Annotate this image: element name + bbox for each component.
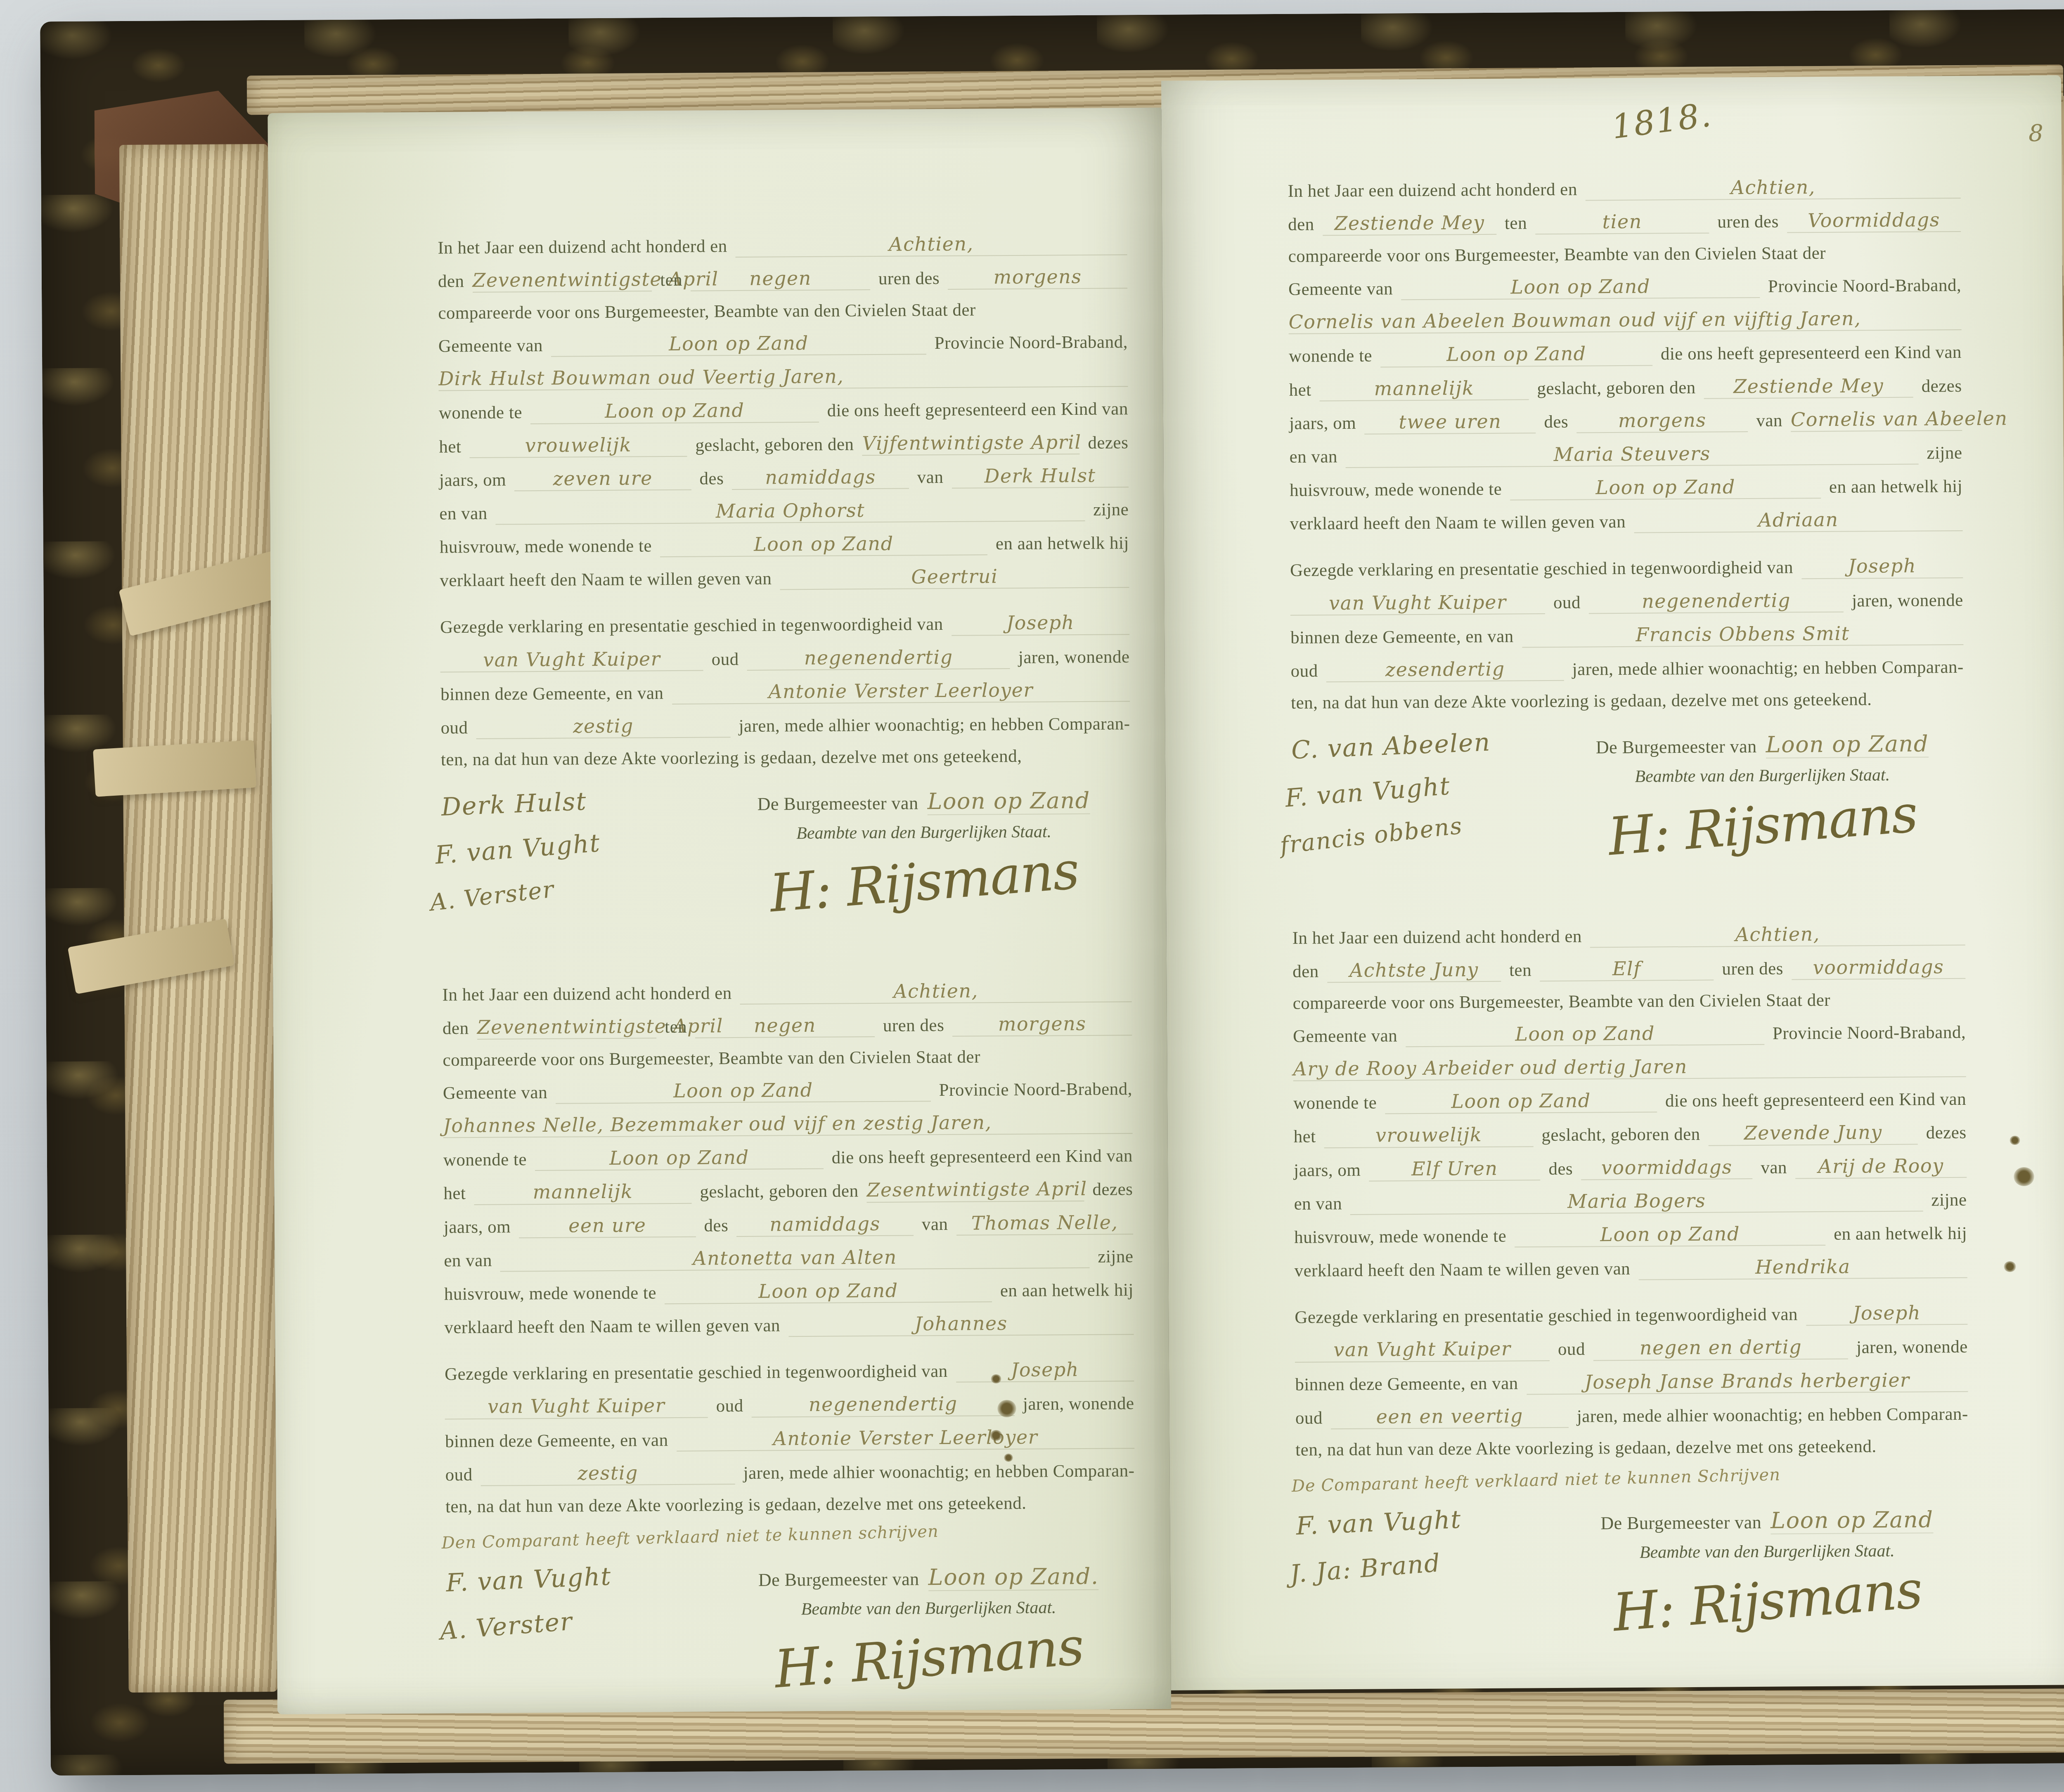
act-line: oudzestigjaren, mede alhier woonachtig; … [440, 712, 1130, 739]
printed-text: die ons heeft gepresenteerd een Kind van [827, 399, 1128, 422]
handwritten-text: voormiddags [1581, 1156, 1752, 1180]
ink-stain [990, 1430, 1002, 1441]
printed-text: verklaard heeft den Naam te willen geven… [1294, 1258, 1630, 1282]
registrar-line: Beambte van den Burgerlijken Staat. [1635, 765, 1890, 787]
handwritten-text: Geertrui [780, 565, 1129, 590]
handwritten-text: Thomas Nelle, [956, 1211, 1133, 1236]
printed-text: In het Jaar een duizend acht honderd en [442, 983, 732, 1006]
handwritten-text: Loon op Zand [1380, 342, 1652, 367]
printed-text: en aan hetwelk hij [1000, 1279, 1134, 1302]
handwritten-text: namiddags [736, 1212, 914, 1237]
right-page-acts: In het Jaar een duizend acht honderd enA… [1161, 75, 2064, 1676]
printed-text: uren des [1722, 958, 1783, 980]
handwritten-text: Zestiende Mey [1323, 211, 1497, 236]
handwritten-text: vrouwelijk [469, 433, 687, 458]
printed-text: ten, na dat hun van deze Akte voorlezing… [1295, 1436, 1877, 1461]
witness-paragraph: Gezegde verklaring en presentatie geschi… [445, 1358, 1135, 1518]
registrar-line: Beambte van den Burgerlijken Staat. [1640, 1541, 1895, 1563]
printed-text: en van [1289, 446, 1337, 468]
handwritten-text: twee uren [1364, 410, 1536, 435]
printed-text: compareerde voor ons Burgemeester, Beamb… [438, 300, 976, 324]
witness-signature: F. van Vught [1295, 1501, 1565, 1541]
handwritten-text: negenendertig [1589, 589, 1844, 614]
printed-text: des [1548, 1158, 1573, 1180]
witness-signature: J. Ja: Brand [1289, 1539, 1559, 1589]
handwritten-text: Achtien, [1590, 922, 1965, 948]
act-line: oudeen en veertigjaren, mede alhier woon… [1295, 1402, 1968, 1430]
burgomaster-line: De Burgemeester vanLoon op Zand [1596, 731, 1929, 759]
official-signature: H: Rijsmans [767, 840, 1081, 924]
act-line: van Vught Kuiperoudnegenendertigjaren, w… [445, 1392, 1134, 1419]
act-line: binnen deze Gemeente, en vanAntonie Vers… [445, 1425, 1134, 1453]
printed-text: binnen deze Gemeente, en van [1295, 1373, 1518, 1395]
printed-text: des [1544, 411, 1568, 433]
printed-text: jaren, mede alhier woonachtig; en hebben… [743, 1460, 1134, 1484]
printed-text: zijne [1098, 1246, 1133, 1267]
printed-text: Gezegde verklaring en presentatie geschi… [440, 614, 943, 638]
act-line: compareerde voor ons Burgemeester, Beamb… [443, 1045, 1132, 1071]
printed-text: De Burgemeester van [758, 1568, 919, 1590]
witness-signature: francis obbens [1279, 803, 1549, 859]
act-line: Gezegde verklaring en presentatie geschi… [440, 611, 1129, 639]
official-signature: H: Rijsmans [772, 1616, 1086, 1700]
printed-text: geslacht, geboren den [700, 1181, 859, 1203]
handwritten-text: Loon op Zand [530, 399, 819, 424]
act-line: wonende teLoon op Zanddie ons heeft gepr… [439, 397, 1128, 425]
printed-text: verklaard heeft den Naam te willen geven… [444, 1315, 780, 1339]
handwritten-text: Loon op Zand [1515, 1222, 1825, 1248]
page-stack-edge-left [119, 144, 277, 1693]
printed-text: ten [1505, 213, 1527, 234]
handwritten-text: Loon op Zand [535, 1146, 824, 1171]
act-line: verklaard heeft den Naam te willen geven… [1290, 508, 1962, 535]
printed-text: en aan hetwelk hij [1834, 1223, 1967, 1245]
photo-scene: In het Jaar een duizend acht honderd enA… [0, 0, 2064, 1792]
printed-text: uren des [883, 1015, 944, 1037]
handwritten-text: Joseph [1806, 1301, 1968, 1326]
act-line: jaars, omtwee urendesmorgensvanCornelis … [1289, 407, 1962, 435]
handwritten-text: Elf [1540, 957, 1714, 982]
printed-text: Gezegde verklaring en presentatie geschi… [445, 1361, 948, 1385]
birth-act: In het Jaar een duizend acht honderd enA… [438, 232, 1131, 956]
handwritten-text: Zesentwintigste April [866, 1177, 1084, 1202]
act-line: huisvrouw, mede wonende teLoon op Zanden… [1290, 474, 1962, 502]
official-column: De Burgemeester vanLoon op ZandBeambte v… [1565, 1498, 1970, 1674]
act-line: oudzestigjaren, mede alhier woonachtig; … [445, 1459, 1134, 1486]
handwritten-text: Arij de Rooy [1795, 1154, 1967, 1179]
act-line: denAchtste JunytenElfuren desvoormiddags [1292, 955, 1965, 983]
handwritten-text: negen [695, 1014, 875, 1038]
printed-text: geslacht, geboren den [1537, 377, 1696, 399]
handwritten-text: Maria Bogers [1350, 1188, 1923, 1215]
handwritten-text: Loon op Zand [551, 331, 926, 357]
printed-text: huisvrouw, mede wonende te [440, 535, 652, 558]
printed-text: oud [445, 1464, 472, 1486]
printed-text: zijne [1931, 1189, 1967, 1211]
printed-text: compareerde voor ons Burgemeester, Beamb… [1288, 243, 1826, 267]
printed-text: De Burgemeester van [1600, 1512, 1761, 1534]
printed-text: geslacht, geboren den [1541, 1124, 1700, 1146]
handwritten-text: negen en dertig [1593, 1336, 1849, 1361]
printed-text: die ons heeft gepresenteerd een Kind van [832, 1145, 1133, 1168]
act-line: hetmannelijkgeslacht, geboren denZestien… [1289, 374, 1962, 401]
act-line: van Vught Kuiperoudnegenendertigjaren, w… [440, 645, 1129, 672]
act-line: Gezegde verklaring en presentatie geschi… [1290, 554, 1963, 582]
registrar-line: Beambte van den Burgerlijken Staat. [796, 822, 1051, 843]
handwritten-text: Loon op Zand. [928, 1563, 1098, 1591]
printed-text: jaars, om [439, 469, 506, 491]
handwritten-text: Zevenentwintigste April [472, 268, 652, 293]
handwritten-text: vrouwelijk [1324, 1123, 1533, 1148]
printed-text: ten, na dat hun van deze Akte voorlezing… [441, 746, 1022, 771]
printed-text: Gemeente van [1293, 1025, 1397, 1047]
printed-text: oud [716, 1395, 743, 1417]
printed-text: jaars, om [444, 1216, 511, 1238]
handwritten-text: namiddags [732, 465, 909, 490]
printed-text: des [704, 1215, 728, 1236]
printed-text: en van [1294, 1193, 1342, 1215]
printed-text: De Burgemeester van [1596, 736, 1757, 758]
register-book: In het Jaar een duizend acht honderd enA… [40, 8, 2064, 1775]
printed-text: dezes [1921, 375, 1962, 397]
witness-signature: A. Verster [429, 859, 706, 916]
burgomaster-line: De Burgemeester vanLoon op Zand [757, 787, 1090, 816]
printed-text: geslacht, geboren den [695, 434, 854, 456]
handwritten-text: Loon op Zand [1766, 731, 1929, 758]
handwritten-text: Loon op Zand [1401, 274, 1760, 300]
act-line: wonende teLoon op Zanddie ons heeft gepr… [1293, 1087, 1966, 1115]
handwritten-text: zestig [480, 1461, 735, 1486]
handwritten-text: Joseph [1801, 554, 1963, 579]
act-line: ten, na dat hun van deze Akte voorlezing… [1295, 1435, 1968, 1461]
act-line: In het Jaar een duizend acht honderd enA… [442, 979, 1131, 1006]
printed-text: den [438, 271, 464, 292]
handwritten-text: morgens [948, 265, 1127, 290]
act-line: hetvrouwelijkgeslacht, geboren denZevend… [1293, 1121, 1966, 1148]
printed-text: wonende te [1289, 345, 1372, 367]
printed-text: ten, na dat hun van deze Akte voorlezing… [1291, 689, 1872, 714]
printed-text: jaren, mede alhier woonachtig; en hebben… [1572, 657, 1964, 680]
act-line: binnen deze Gemeente, en vanAntonie Vers… [440, 678, 1130, 706]
handwritten-text: morgens [1576, 409, 1748, 433]
birth-act: In het Jaar een duizend acht honderd enA… [1292, 922, 1970, 1676]
printed-text: huisvrouw, mede wonende te [1294, 1226, 1506, 1248]
birth-act: In het Jaar een duizend acht honderd enA… [442, 979, 1136, 1714]
left-page: In het Jaar een duizend acht honderd enA… [267, 108, 1171, 1714]
printed-text: den [1288, 214, 1314, 236]
handwritten-text: Loon op Zand [1385, 1089, 1657, 1114]
witness-signatures: Derk HulstF. van VughtA. Verster [441, 781, 718, 956]
printed-text: jaars, om [1294, 1159, 1361, 1181]
official-signature: H: Rijsmans [1606, 783, 1920, 867]
handwritten-text: Derk Hulst [952, 464, 1129, 489]
handwritten-text: Loon op Zand [1770, 1506, 1934, 1534]
handwritten-text: Cornelis van Abeelen [1791, 407, 1962, 432]
printed-text: Gemeente van [438, 335, 543, 357]
act-line: Gemeente vanLoon op ZandProvincie Noord-… [443, 1077, 1132, 1104]
printed-text: Provincie Noord-Brabend, [939, 1078, 1132, 1101]
act-line: jaars, omeen uredesnamiddagsvanThomas Ne… [444, 1211, 1133, 1239]
act-line: In het Jaar een duizend acht honderd enA… [1288, 175, 1960, 203]
signature-block: C. van AbeelenF. van Vughtfrancis obbens… [1291, 722, 1965, 900]
printed-text: ten [665, 1017, 687, 1038]
ink-stain [2004, 1261, 2016, 1272]
handwritten-text: Maria Ophorst [496, 498, 1085, 525]
act-line: compareerde voor ons Burgemeester, Beamb… [1288, 242, 1961, 267]
handwritten-text: Zestiende Mey [1704, 374, 1913, 399]
printed-text: van [922, 1213, 948, 1235]
printed-text: wonende te [443, 1149, 527, 1171]
printed-text: oud [1291, 660, 1318, 682]
act-line: Johannes Nelle, Bezemmaker oud vijf en z… [443, 1110, 1132, 1138]
printed-text: ten [660, 270, 682, 291]
burgomaster-line: De Burgemeester vanLoon op Zand [1600, 1506, 1933, 1535]
printed-text: uren des [1717, 211, 1779, 233]
handwritten-text: van Vught Kuiper [440, 647, 703, 672]
printed-text: den [1292, 961, 1319, 982]
witness-signatures: F. van VughtA. Verster [446, 1557, 723, 1714]
act-line: hetvrouwelijkgeslacht, geboren denVijfen… [439, 430, 1128, 458]
act-line: jaars, omzeven uredesnamiddagsvanDerk Hu… [439, 464, 1129, 492]
handwritten-text: Antonetta van Alten [500, 1245, 1090, 1272]
printed-text: oud [1295, 1407, 1323, 1429]
printed-text: binnen deze Gemeente, en van [1290, 626, 1514, 648]
act-line: huisvrouw, mede wonende teLoon op Zanden… [1294, 1221, 1967, 1249]
printed-text: het [1289, 379, 1311, 401]
printed-text: van [1761, 1157, 1787, 1178]
act-line: Gemeente vanLoon op ZandProvincie Noord-… [438, 330, 1128, 357]
printed-text: Gemeente van [1288, 278, 1393, 300]
printed-text: compareerde voor ons Burgemeester, Beamb… [443, 1047, 980, 1071]
printed-text: ten [1509, 960, 1531, 981]
handwritten-text: morgens [952, 1012, 1132, 1037]
act-line: en vanAntonetta van Altenzijne [444, 1244, 1133, 1272]
witness-paragraph: Gezegde verklaring en presentatie geschi… [440, 611, 1130, 771]
handwritten-text: van Vught Kuiper [1295, 1338, 1550, 1363]
act-line: compareerde voor ons Burgemeester, Beamb… [1293, 989, 1966, 1014]
signature-block: F. van VughtJ. Ja: BrandDe Burgemeester … [1296, 1498, 1970, 1675]
act-line: Gezegde verklaring en presentatie geschi… [445, 1358, 1134, 1385]
registrar-line: Beambte van den Burgerlijken Staat. [801, 1598, 1056, 1619]
printed-text: jaren, wonende [1018, 646, 1130, 668]
left-page-acts: In het Jaar een duizend acht honderd enA… [267, 108, 1171, 1714]
printed-text: In het Jaar een duizend acht honderd en [1292, 926, 1582, 949]
handwritten-text: Achtien, [740, 979, 1132, 1005]
act-line: hetmannelijkgeslacht, geboren denZesentw… [443, 1177, 1133, 1205]
printed-text: Gemeente van [443, 1082, 547, 1104]
act-line: oudzesendertigjaren, mede alhier woonach… [1291, 655, 1964, 683]
handwritten-text: Antonie Verster Leerloyer [676, 1425, 1134, 1452]
handwritten-text: een en veertig [1331, 1404, 1569, 1430]
official-column: De Burgemeester vanLoon op ZandBeambte v… [717, 779, 1131, 955]
act-line: wonende teLoon op Zanddie ons heeft gepr… [443, 1144, 1133, 1171]
printed-text: die ons heeft gepresenteerd een Kind van [1661, 342, 1962, 365]
handwritten-text: Joseph [951, 611, 1129, 636]
witness-signatures: F. van VughtJ. Ja: Brand [1296, 1500, 1566, 1675]
act-line: In het Jaar een duizend acht honderd enA… [1292, 922, 1965, 950]
handwritten-text: Loon op Zand [665, 1279, 992, 1304]
printed-text: zijne [1927, 442, 1962, 464]
printed-text: De Burgemeester van [757, 792, 918, 814]
act-line: huisvrouw, mede wonende teLoon op Zanden… [440, 531, 1129, 558]
handwritten-text: tien [1535, 210, 1709, 235]
handwritten-text: Loon op Zand [1510, 475, 1821, 501]
printed-text: binnen deze Gemeente, en van [440, 683, 664, 705]
printed-text: jaren, mede alhier woonachtig; en hebben… [738, 713, 1130, 737]
act-line: ten, na dat hun van deze Akte voorlezing… [441, 745, 1130, 771]
act-line: en vanMaria Bogerszijne [1294, 1188, 1967, 1215]
printed-text: oud [1558, 1339, 1585, 1360]
ink-stain [997, 1400, 1016, 1417]
act-line: verklaard heeft den Naam te willen geven… [1294, 1255, 1967, 1282]
witness-signature: A. Verster [439, 1596, 716, 1645]
handwritten-text: Achtste Juny [1327, 958, 1501, 983]
handwritten-text: Adriaan [1634, 508, 1963, 533]
handwritten-text: Loon op Zand [927, 787, 1090, 815]
printed-text: van [917, 467, 944, 488]
birth-act: In het Jaar een duizend acht honderd enA… [1288, 175, 1965, 900]
witness-signature: F. van Vught [445, 1557, 722, 1597]
handwritten-text: negen [691, 267, 870, 291]
handwritten-text: mannelijk [474, 1180, 691, 1205]
handwritten-text: zesendertig [1326, 657, 1564, 683]
witness-paragraph: Gezegde verklaring en presentatie geschi… [1295, 1301, 1968, 1461]
handwritten-text: Achtien, [1586, 175, 1961, 201]
printed-text: huisvrouw, mede wonende te [444, 1282, 656, 1305]
handwritten-text: Achtien, [735, 232, 1127, 258]
printed-text: huisvrouw, mede wonende te [1290, 479, 1502, 501]
witness-signature: Derk Hulst [440, 782, 717, 822]
printed-text: Gezegde verklaring en presentatie geschi… [1290, 557, 1793, 582]
act-line: denZevenentwintigste Apriltennegenuren d… [438, 265, 1127, 293]
handwritten-text: mannelijk [1319, 376, 1529, 401]
act-line: van Vught Kuiperoudnegenendertigjaren, w… [1290, 588, 1963, 616]
printed-text: binnen deze Gemeente, en van [445, 1430, 668, 1452]
official-column: De Burgemeester vanLoon op ZandBeambte v… [1560, 722, 1965, 898]
handwritten-text: Antonie Verster Leerloyer [672, 678, 1130, 705]
handwritten-text: Johannes [788, 1311, 1134, 1337]
act-line: van Vught Kuiperoudnegen en dertigjaren,… [1295, 1335, 1968, 1362]
printed-text: het [1293, 1126, 1316, 1148]
act-line: verklaart heeft den Naam te willen geven… [440, 565, 1129, 592]
ink-stain [1004, 1454, 1013, 1462]
printed-text: verklaart heeft den Naam te willen geven… [440, 568, 772, 592]
handwritten-text: Zevenentwintigste April [477, 1015, 656, 1040]
printed-text: wonende te [1293, 1092, 1377, 1114]
printed-text: het [443, 1183, 466, 1204]
illiteracy-note: Den Comparant heeft verklaard niet te ku… [441, 1517, 1135, 1553]
printed-text: die ons heeft gepresenteerd een Kind van [1665, 1089, 1967, 1112]
handwritten-text: Vijfentwintigste April [862, 430, 1079, 455]
witness-signature: C. van Abeelen [1291, 725, 1561, 765]
handwritten-text: Loon op Zand [660, 532, 987, 557]
act-line: Gemeente vanLoon op ZandProvincie Noord-… [1293, 1020, 1966, 1048]
handwritten-text: een ure [519, 1213, 696, 1238]
illiteracy-note: De Comparant heeft verklaard niet te kun… [1291, 1461, 1969, 1496]
official-column: De Burgemeester vanLoon op Zand.Beambte … [722, 1555, 1136, 1714]
handwritten-text: Zevende Juny [1709, 1121, 1918, 1146]
act-line: huisvrouw, mede wonende teLoon op Zanden… [444, 1278, 1134, 1305]
witness-signatures: C. van AbeelenF. van Vughtfrancis obbens [1291, 725, 1562, 900]
act-line: Dirk Hulst Bouwman oud Veertig Jaren, [438, 363, 1128, 391]
handwritten-text: Dirk Hulst Bouwman oud Veertig Jaren, [438, 363, 1128, 391]
page-number: 8 [2028, 120, 2043, 147]
act-line: denZestiende Meytentienuren desVoormidda… [1288, 208, 1961, 236]
official-signature: H: Rijsmans [1611, 1559, 1924, 1643]
handwritten-text: Maria Steuvers [1346, 441, 1919, 468]
printed-text: Provincie Noord-Braband, [1768, 275, 1961, 297]
printed-text: verklaard heeft den Naam te willen geven… [1290, 511, 1626, 535]
act-line: denZevenentwintigste Apriltennegenuren d… [443, 1012, 1132, 1040]
printed-text: Provincie Noord-Braband, [935, 331, 1128, 354]
witness-signature: F. van Vught [434, 820, 711, 870]
act-line: Cornelis van Abeelen Bouwman oud vijf en… [1288, 307, 1961, 334]
printed-text: Provincie Noord-Braband, [1773, 1022, 1966, 1044]
printed-text: dezes [1926, 1122, 1966, 1144]
act-line: ten, na dat hun van deze Akte voorlezing… [445, 1492, 1135, 1518]
act-line: wonende teLoon op Zanddie ons heeft gepr… [1289, 340, 1962, 368]
handwritten-text: Loon op Zand [1406, 1021, 1764, 1047]
printed-text: uren des [878, 268, 940, 289]
printed-text: dezes [1088, 432, 1128, 454]
act-line: In het Jaar een duizend acht honderd enA… [438, 232, 1127, 259]
printed-text: jaren, wonende [1856, 1336, 1968, 1358]
printed-text: en van [444, 1250, 492, 1271]
printed-text: Gezegde verklaring en presentatie geschi… [1295, 1304, 1798, 1329]
handwritten-text: Francis Obbens Smit [1522, 622, 1964, 648]
burgomaster-line: De Burgemeester vanLoon op Zand. [758, 1563, 1099, 1592]
ink-stain [991, 1374, 1001, 1383]
printed-text: dezes [1092, 1179, 1133, 1201]
printed-text: zijne [1093, 499, 1129, 520]
printed-text: den [443, 1018, 469, 1039]
printed-text: des [699, 468, 724, 489]
bookmark-tab [93, 740, 256, 797]
handwritten-text: zestig [476, 714, 730, 739]
printed-text: wonende te [439, 402, 522, 424]
handwritten-text: voormiddags [1792, 955, 1966, 980]
handwritten-text: negenendertig [747, 645, 1011, 671]
printed-text: oud [440, 717, 468, 739]
handwritten-text: negenendertig [752, 1392, 1015, 1417]
act-line: binnen deze Gemeente, en vanFrancis Obbe… [1290, 622, 1963, 649]
act-line: verklaard heeft den Naam te willen geven… [444, 1311, 1134, 1339]
act-line: binnen deze Gemeente, en vanJoseph Janse… [1295, 1369, 1968, 1396]
act-line: en vanMaria Ophorstzijne [439, 497, 1129, 525]
act-line: compareerde voor ons Burgemeester, Beamb… [438, 299, 1127, 324]
handwritten-text: Johannes Nelle, Bezemmaker oud vijf en z… [443, 1110, 1132, 1138]
right-page: 1818. 8 In het Jaar een duizend acht hon… [1161, 75, 2064, 1690]
printed-text: In het Jaar een duizend acht honderd en [438, 236, 727, 259]
act-line: en vanMaria Steuverszijne [1289, 441, 1962, 468]
act-line: Gemeente vanLoon op ZandProvincie Noord-… [1288, 273, 1961, 301]
printed-text: oud [1553, 592, 1581, 613]
ink-stain [2010, 1136, 2020, 1145]
handwritten-text: Joseph Janse Brands herbergier [1527, 1369, 1968, 1395]
handwritten-text: Loon op Zand [556, 1078, 931, 1104]
printed-text: en van [439, 503, 488, 525]
act-line: jaars, omElf UrendesvoormiddagsvanArij d… [1294, 1154, 1967, 1182]
printed-text: en aan hetwelk hij [996, 532, 1129, 555]
handwritten-text: Joseph [956, 1358, 1134, 1383]
handwritten-text: Elf Uren [1369, 1157, 1540, 1182]
handwritten-text: Voormiddags [1787, 208, 1961, 233]
printed-text: compareerde voor ons Burgemeester, Beamb… [1293, 990, 1831, 1014]
witness-paragraph: Gezegde verklaring en presentatie geschi… [1290, 554, 1964, 714]
printed-text: ten, na dat hun van deze Akte voorlezing… [445, 1493, 1027, 1518]
handwritten-text: zeven ure [514, 466, 691, 491]
signature-block: Derk HulstF. van VughtA. VersterDe Burge… [441, 779, 1131, 956]
